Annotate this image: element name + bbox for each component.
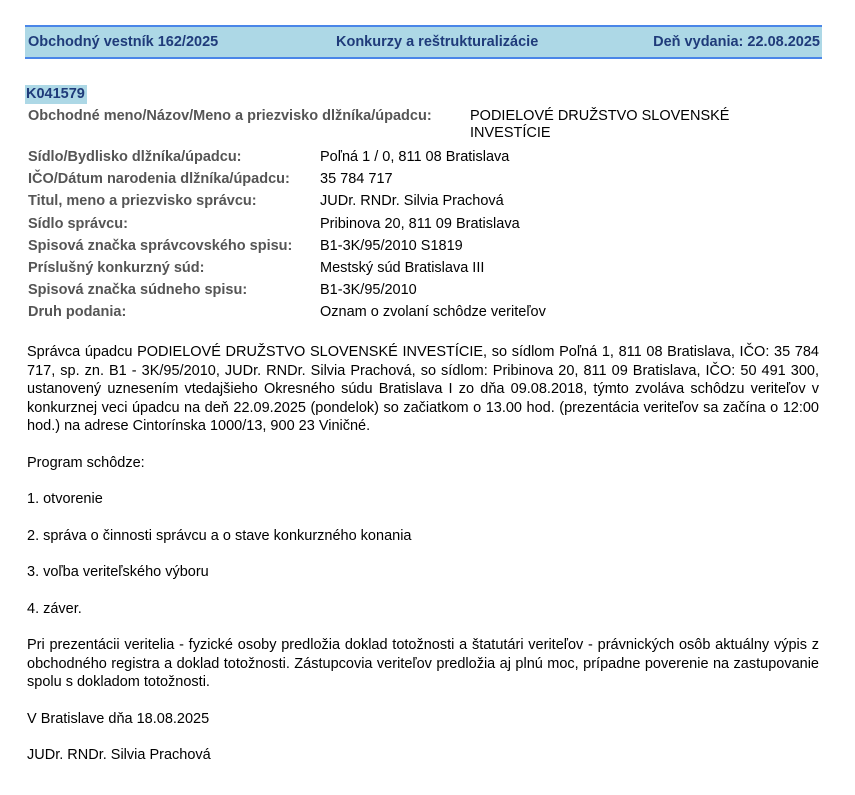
field-value: PODIELOVÉ DRUŽSTVO SLOVENSKÉ INVESTÍCIE [470, 108, 770, 142]
field-label: Sídlo/Bydlisko dlžníka/úpadcu: [28, 149, 320, 166]
signature: JUDr. RNDr. Silvia Prachová [27, 746, 819, 765]
field-label: IČO/Dátum narodenia dlžníka/úpadcu: [28, 171, 320, 188]
record-fields: Obchodné meno/Názov/Meno a priezvisko dl… [28, 108, 828, 327]
field-label: Príslušný konkurzný súd: [28, 260, 320, 277]
field-trustee-address: Sídlo správcu: Pribinova 20, 811 09 Brat… [28, 216, 828, 233]
field-label: Spisová značka správcovského spisu: [28, 238, 320, 255]
field-label: Obchodné meno/Názov/Meno a priezvisko dl… [28, 108, 470, 142]
field-debtor-id: IČO/Dátum narodenia dlžníka/úpadcu: 35 7… [28, 171, 828, 188]
field-value: JUDr. RNDr. Silvia Prachová [320, 193, 504, 210]
field-value: Pribinova 20, 811 09 Bratislava [320, 216, 520, 233]
program-item: 3. voľba veriteľského výboru [27, 563, 819, 582]
field-label: Sídlo správcu: [28, 216, 320, 233]
section-title: Konkurzy a reštrukturalizácie [336, 34, 538, 50]
field-debtor-address: Sídlo/Bydlisko dlžníka/úpadcu: Poľná 1 /… [28, 149, 828, 166]
field-value: B1-3K/95/2010 [320, 282, 417, 299]
field-label: Titul, meno a priezvisko správcu: [28, 193, 320, 210]
program-title: Program schôdze: [27, 454, 819, 473]
field-trustee-file-ref: Spisová značka správcovského spisu: B1-3… [28, 238, 828, 255]
journal-header: Obchodný vestník 162/2025 Konkurzy a reš… [25, 25, 822, 59]
field-court: Príslušný konkurzný súd: Mestský súd Bra… [28, 260, 828, 277]
program-item: 4. záver. [27, 600, 819, 619]
place-date: V Bratislave dňa 18.08.2025 [27, 710, 819, 729]
field-value: Poľná 1 / 0, 811 08 Bratislava [320, 149, 509, 166]
field-label: Spisová značka súdneho spisu: [28, 282, 320, 299]
field-value: Oznam o zvolaní schôdze veriteľov [320, 304, 546, 321]
notice-body: Správca úpadcu PODIELOVÉ DRUŽSTVO SLOVEN… [27, 343, 819, 765]
field-value: Mestský súd Bratislava III [320, 260, 484, 277]
note-paragraph: Pri prezentácii veritelia - fyzické osob… [27, 636, 819, 692]
issue-date: Deň vydania: 22.08.2025 [653, 34, 820, 50]
program-item: 1. otvorenie [27, 490, 819, 509]
field-trustee-name: Titul, meno a priezvisko správcu: JUDr. … [28, 193, 828, 210]
intro-paragraph: Správca úpadcu PODIELOVÉ DRUŽSTVO SLOVEN… [27, 343, 819, 436]
record-code: K041579 [25, 85, 87, 104]
field-value: B1-3K/95/2010 S1819 [320, 238, 463, 255]
program-item: 2. správa o činnosti správcu a o stave k… [27, 527, 819, 546]
field-debtor-name: Obchodné meno/Názov/Meno a priezvisko dl… [28, 108, 828, 142]
journal-title: Obchodný vestník 162/2025 [28, 34, 218, 50]
field-value: 35 784 717 [320, 171, 393, 188]
field-label: Druh podania: [28, 304, 320, 321]
field-court-file-ref: Spisová značka súdneho spisu: B1-3K/95/2… [28, 282, 828, 299]
field-filing-type: Druh podania: Oznam o zvolaní schôdze ve… [28, 304, 828, 321]
